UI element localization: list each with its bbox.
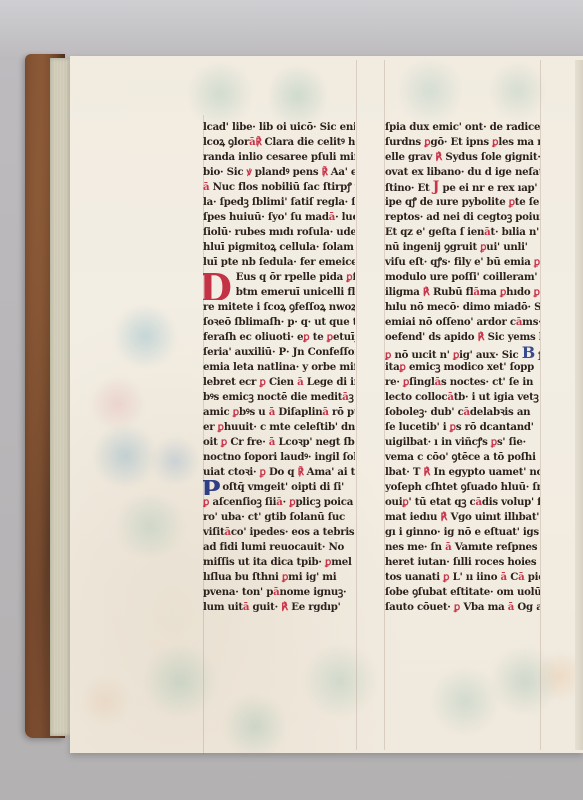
text-line: viſu eſt· qꝭs· fily e' bū emia ꝑ xyxy=(385,255,540,270)
text-line: iligma ℟ Rubū flāma ꝑhıdo ꝑ xyxy=(385,285,540,300)
text-line: ꝑ nō uıcit n' ꝑig' aux· Sic B ꝭs xyxy=(385,345,540,360)
text-line: btm emeruī unicelli flo xyxy=(236,285,355,300)
text-line: ouiꝑ' tū etat qꝫ cādis volup' ſco xyxy=(385,495,540,510)
text-line: ſoꝛeō ſblimaſh· p· q· ut que t' xyxy=(203,315,355,330)
initial-line-p: P oſtq̄ vmgeit' oipti di ſi' xyxy=(203,480,355,495)
text-line: nes me· ſn ā Vamıte reſpnes xyxy=(385,540,540,555)
text-line: yoſeph cſhtet ꝯſuado hluū· ſn ſe xyxy=(385,480,540,495)
blue-initial-b: B xyxy=(522,345,535,360)
text-line: vema c cōo' ꝯtēce a tō poſhi xyxy=(385,450,540,465)
text-line: oit ꝑ Cr fre· ā Lcoꝛp' negt ſbde xyxy=(203,435,355,450)
text-line: ſauto cōuet· ꝑ Vba ma ā Og ad xyxy=(385,600,540,615)
red-initial-d: D xyxy=(203,271,232,300)
text-line: tos uanati ꝑ L' ıı iino ā Cā pie xyxy=(385,570,540,585)
page-right-edge xyxy=(575,60,583,750)
text-line: ſpes huiuū· ſyo' ſu madā· lucna xyxy=(203,210,355,225)
text-line: amic ꝑbꝰs u ā Diſaplinā rō pu xyxy=(203,405,355,420)
text-line: viſitāco' ipedes· eos a tebris xyxy=(203,525,355,540)
text-line: ovat ex libano· du d ige neſat emic' xyxy=(385,165,540,180)
text-line: feraſh ec oliuoti· eꝑ te ꝑetuīꝫ xyxy=(203,330,355,345)
text-line: lum uitā guit· ℟ Ee rgdıp' xyxy=(203,600,355,615)
text-line: gı i ginno· ig nō e eſtuat' igs ma xyxy=(385,525,540,540)
page-edges xyxy=(50,58,72,736)
text-line: ſeria' auxiliū· P· Jn Confeſſois xyxy=(203,345,355,360)
text-line: ſpia dux emic' ont· de radice pia pi' xyxy=(385,120,540,135)
text-column-left: lcad' libe· lib oi uicō· Sic enim ingē l… xyxy=(203,120,355,615)
text-line: heret iutan· ſılli roces hoies da xyxy=(385,555,540,570)
text-line: lecto collocātb· i ut igia vetꝫ xyxy=(385,390,540,405)
text-line: ſtino· Et J pe ei nr e rex ıap' xyxy=(385,180,540,195)
background-top xyxy=(0,0,583,60)
text-line: miſſis ut ita dica tpib· ꝑmel xyxy=(203,555,355,570)
text-line: lebret ecr ꝑ Cien ā Lege di ingit xyxy=(203,375,355,390)
text-line: nū ingenij ꝯgruit ꝑui' unli' xyxy=(385,240,540,255)
text-line: noctno ſopori laudꝰ· ingil ſoluere xyxy=(203,450,355,465)
text-line: la· ſpedꝫ ſblimi' ſatiſ regla· ſlue xyxy=(203,195,355,210)
text-line: emiai nō oſſeno' ardor cāms· ſed xyxy=(385,315,540,330)
text-line: ſiolū· rubes mıdı roſula· ude cādeſ xyxy=(203,225,355,240)
text-line: lbat· T ℟ In egypto uamet' nou' xyxy=(385,465,540,480)
text-line: pvena· ton' pānome ignuꝫ· xyxy=(203,585,355,600)
text-line: Et qz e' geſta ſ ienāt· bılia n' xyxy=(385,225,540,240)
text-line: ſoboleꝫ· dub' cādelabꝛis an xyxy=(385,405,540,420)
text-line: ſobe ꝯſubat eſtitate· om uolūtate xyxy=(385,585,540,600)
text-line: hluī pigmitoꝝ cellula· ſolam flebi xyxy=(203,240,355,255)
ruling-left-inner xyxy=(356,60,357,750)
text-line: er ꝑhuuit· c mte celeſtib' dnotꝫ ite xyxy=(203,420,355,435)
text-line: ſurdns ꝑgō· Et ipns ꝑles ma rito xyxy=(385,135,540,150)
text-line: bꝰs emicꝫ noctē die meditāꝫ rō fit xyxy=(203,390,355,405)
text-line: re mitete i ſcoꝝ ꝯfeſſoꝝ nwoꝝ xyxy=(203,300,355,315)
ruling-right-inner xyxy=(540,60,541,750)
text-line: ipe qꝭ de ıure pybolite ꝑte ſe xyxy=(385,195,540,210)
text-line: Eus q ōr rpelle pida ꝑſti xyxy=(236,270,355,285)
text-line: itaꝑ emicꝫ modico xet' ſopp xyxy=(385,360,540,375)
text-line: ꝑ aſcenſioꝫ ſiiā· ꝑplicꝫ poica xyxy=(203,495,355,510)
text-line: lıſlua bu ſthni ꝑmi ig' mi xyxy=(203,570,355,585)
text-line: ad fidi lumi reuocauit· No xyxy=(203,540,355,555)
text-line: randa inlio cesaree pſuli miſt' enſe xyxy=(203,150,355,165)
text-line: lcoꝝ ꝯlorā℟ Clara die celitꝰ hec in- xyxy=(203,135,355,150)
text-line: ſe lucetib' i ꝑs rō dcantand' xyxy=(385,420,540,435)
text-line: hılu nō mecō· dimo miadō· Sic xyxy=(385,300,540,315)
text-line: ro' uba· ct' gtib ſolanū ſuc xyxy=(203,510,355,525)
red-initial-j: J xyxy=(433,180,439,195)
text-line: re· ꝑſinglās noctes· ct' ſe in xyxy=(385,375,540,390)
text-line: uiat ctoꝛi· ꝑ Do q ℟ Ama' ai to' xyxy=(203,465,355,480)
text-line: emia leta natlina· y orbe miſure re xyxy=(203,360,355,375)
text-line: ā Nuc flos nobiliū ſac ſtirpꝭ vgu xyxy=(203,180,355,195)
text-line: reptos· ad nei di cegtoꝫ poiur· xyxy=(385,210,540,225)
text-line: modulo ure poſſi' coilleram' xyxy=(385,270,540,285)
initial-block-d: D Eus q ōr rpelle pida ꝑſti btm emeruī u… xyxy=(203,270,355,300)
text-line: oefend' ds apido ℟ Sic yems lan xyxy=(385,330,540,345)
text-line: lcad' libe· lib oi uicō· Sic enim ingē xyxy=(203,120,355,135)
blue-initial-p: P xyxy=(203,480,220,495)
text-line: luī pte nb ſedula· fer emeice pmi' xyxy=(203,255,355,270)
text-line: mat iedıu ℟ Vgo uinıt illıbat' v xyxy=(385,510,540,525)
text-column-right: ſpia dux emic' ont· de radice pia pi' ſu… xyxy=(385,120,540,615)
text-line: bio· Sic ꝟ plandꝰ pens ℟ Aa' e' d. xyxy=(203,165,355,180)
text-line: uigilbat· ı in viñcꝭs ꝑs' ſie· xyxy=(385,435,540,450)
text-line: elle grav ℟ Sydus ſole gignit· et xyxy=(385,150,540,165)
